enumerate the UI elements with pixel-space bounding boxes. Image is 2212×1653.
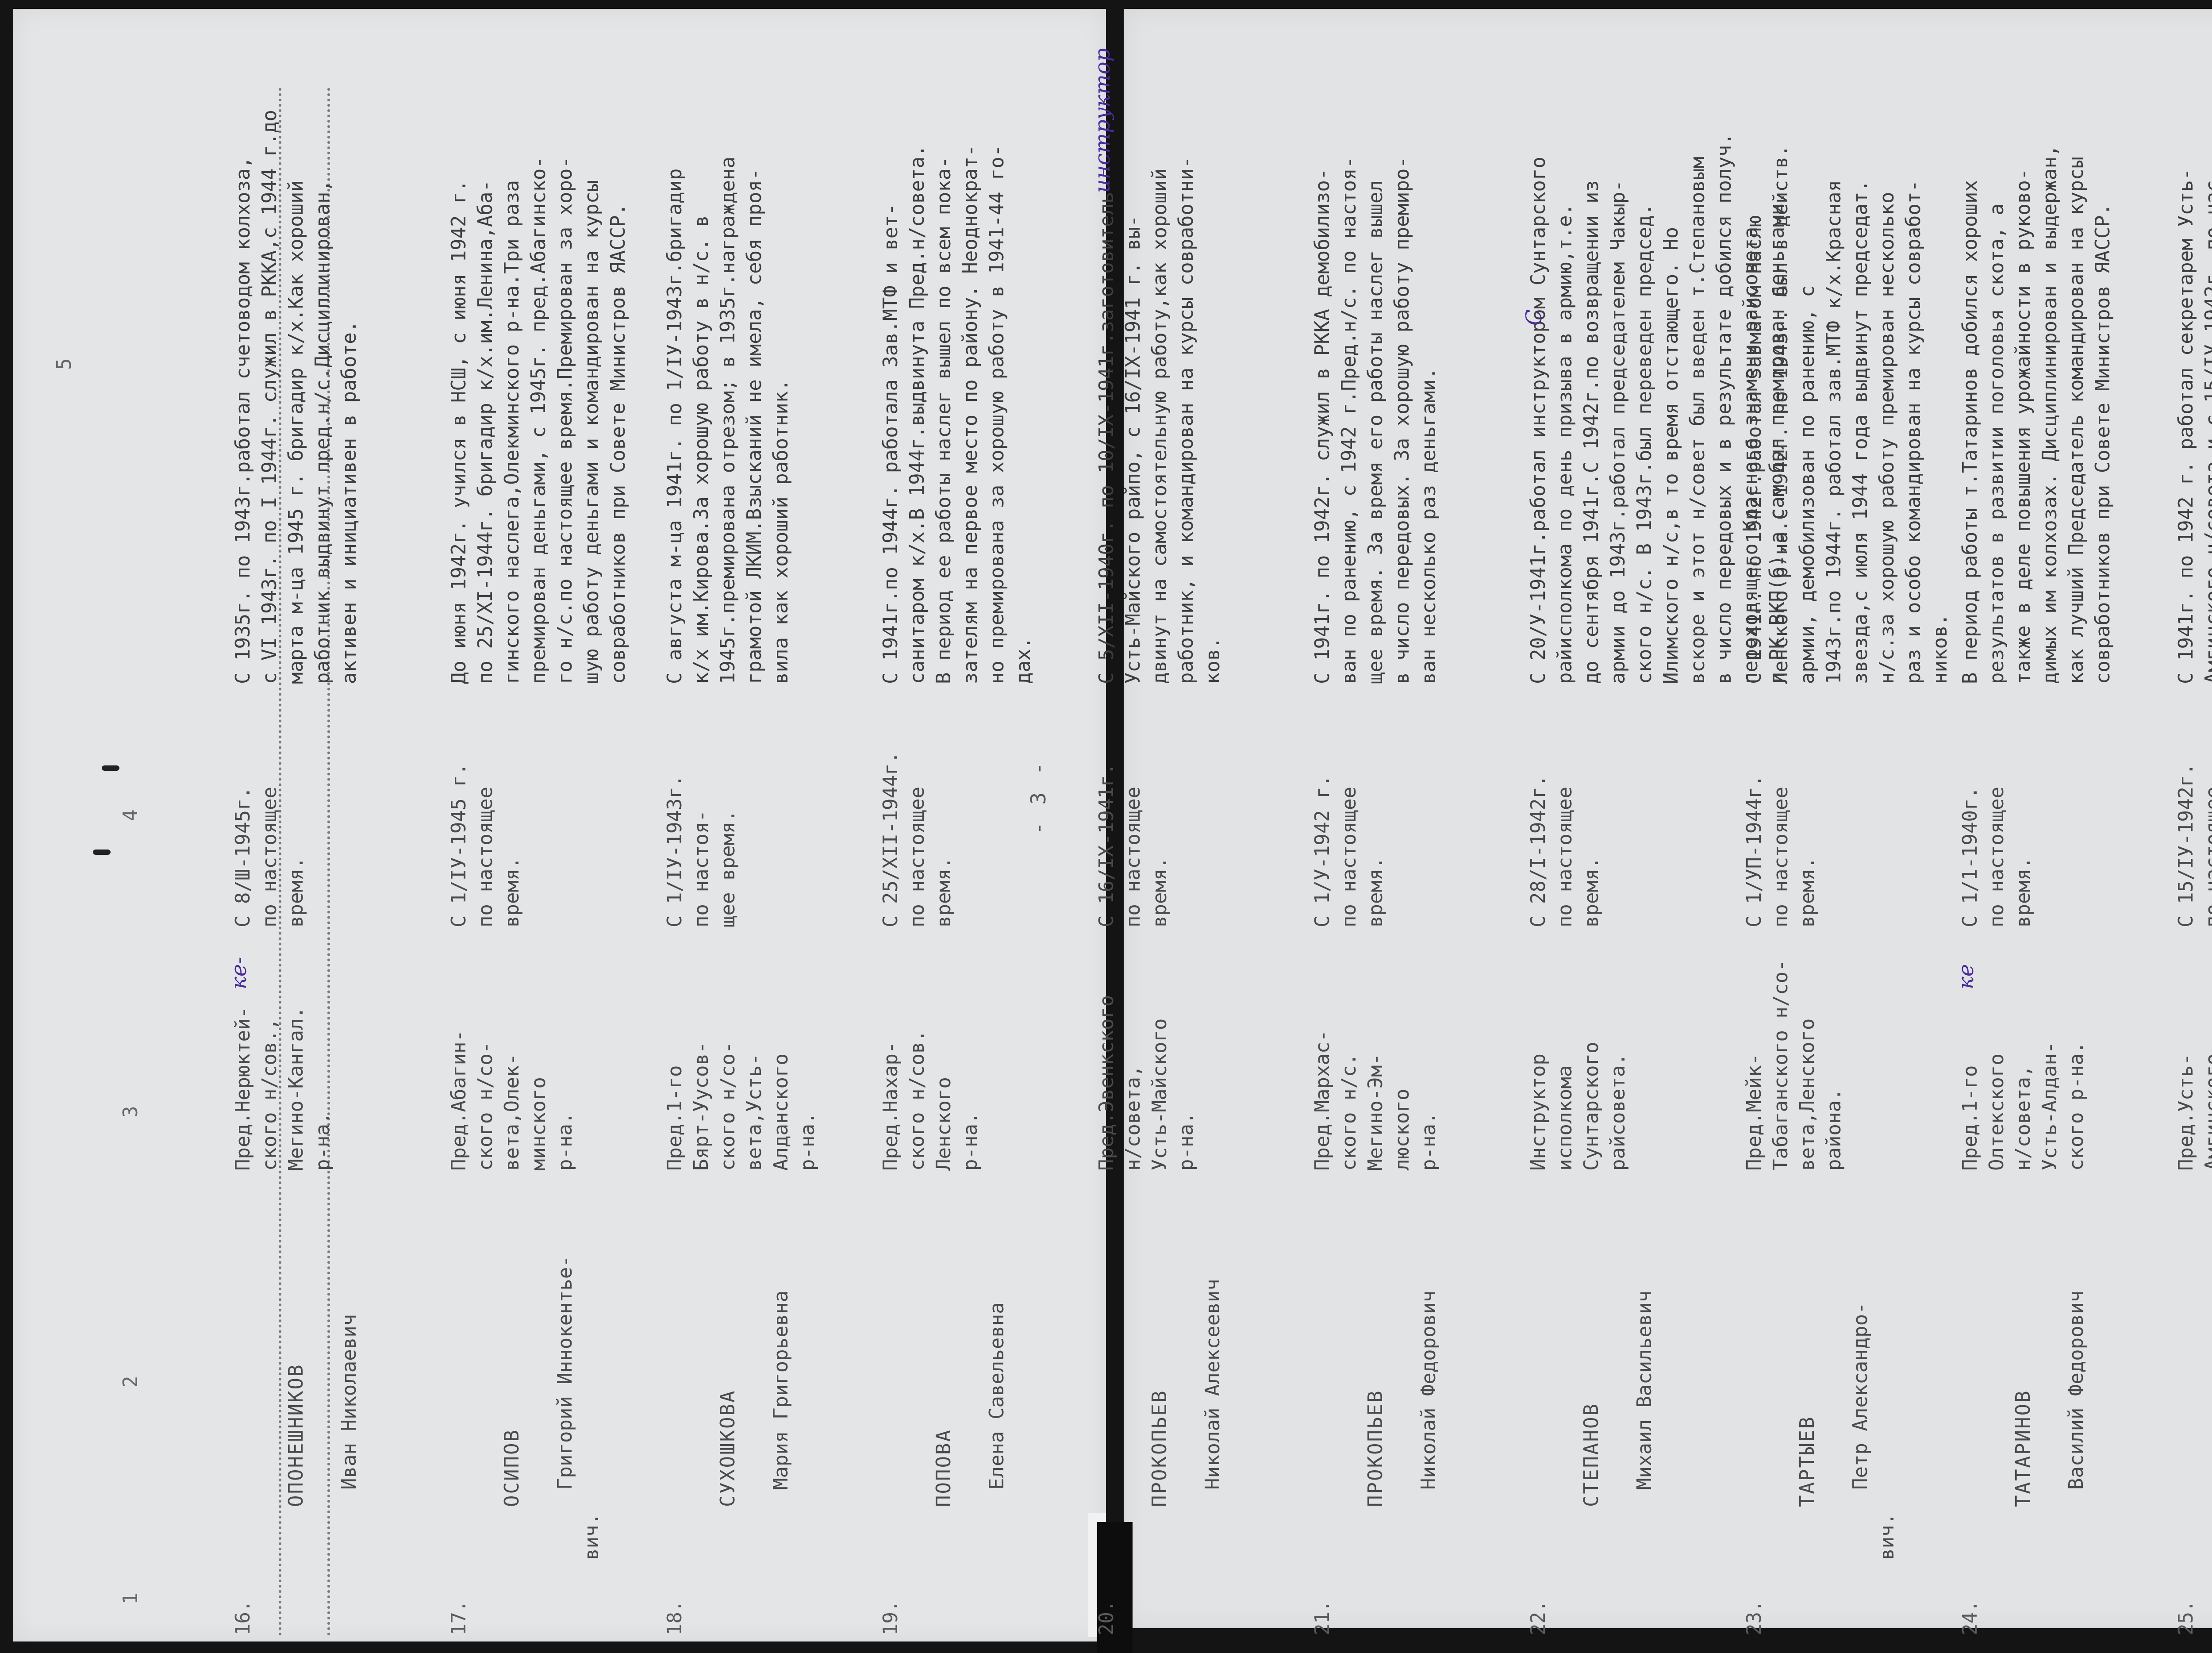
position: Пред.Нахар- ского н/сов. Ленского р-на. (878, 941, 984, 1171)
period: С 1/1-1940г. по настоящее время. (1957, 697, 2037, 927)
person-name: ОСИПОВ Григорий Иннокентье- вич. (446, 1180, 632, 1560)
surname: ПРОКОПЬЕВ (1147, 1180, 1173, 1560)
table-row: 23. ТАРТЫЕВ Петр Александро- вич. Пред.М… (1741, 0, 1954, 1653)
person-name: ТАТАРИНОВ Павел Егорович (2173, 1180, 2212, 1560)
person-name: ОПОНЕШНИКОВ Иван Николаевич (230, 1180, 389, 1560)
period: С 1/УП-1944г. по настоящее время. (1741, 697, 1821, 927)
row-number: 20. (1094, 1573, 1120, 1635)
person-name: ПОПОВА Елена Савельевна (878, 1180, 1037, 1560)
position: Пред.Мархас- ского н/с. Мегино-Эм- люско… (1310, 941, 1442, 1171)
table-row: 21. ПРОКОПЬЕВ Николай Федорович Пред.Мар… (1310, 0, 1522, 1653)
column-number-markers: 1 2 3 4 5 (128, 0, 181, 1653)
column-number: 3 (119, 1106, 142, 1118)
period: С 25/XII-1944г. по настоящее время. (878, 697, 957, 927)
position: Инструктор исполкома Сунтарского райсове… (1525, 941, 1632, 1171)
position: Пред.Усть- Амгинского н/с.,Тат- тинского… (2173, 941, 2212, 1171)
position: Пред.1-го Бярт-Уусов- ского н/со- вета,У… (662, 941, 821, 1171)
given-names: Мария Григорьевна (770, 1291, 792, 1490)
given-names: Михаил Васильевич (1633, 1291, 1656, 1490)
handwritten-correction: ке (1953, 964, 1979, 989)
period: С 1/У-1942 г. по настоящее время. (1310, 697, 1389, 927)
description: С 1941г. по 1942г.работал Завмагом Наслю… (1741, 20, 1954, 684)
description: С августа м-ца 1941г. по 1/IУ-1943г.бриг… (662, 20, 795, 684)
handwritten-correction: инструктор (1089, 48, 1116, 193)
person-name: ТАРТЫЕВ Петр Александро- вич. (1741, 1180, 1927, 1560)
column-number: 2 (119, 1376, 142, 1388)
given-names: Николай Федорович (1417, 1291, 1440, 1490)
surname: ТАРТЫЕВ (1794, 1180, 1821, 1560)
table-row: 25. ТАТАРИНОВ Павел Егорович Пред.Усть- … (2173, 0, 2212, 1653)
period: С 15/IУ-1942г. по настоящее время. (2173, 697, 2212, 927)
table-row: 18. СУХОШКОВА Мария Григорьевна Пред.1-г… (662, 0, 874, 1653)
surname: ОСИПОВ (499, 1180, 526, 1560)
description: До июня 1942г. учился в НСШ, с июня 1942… (446, 20, 632, 684)
position: Пред.Эвенкского н/совета, Усть-Майского … (1094, 941, 1200, 1171)
given-names: Елена Савельевна (986, 1302, 1008, 1490)
description: С 1935г. по 1943г.работал счетоводом кол… (230, 20, 363, 684)
column-number: 5 (53, 358, 76, 370)
period: С 16/IX-1941г. по настоящее время. (1094, 697, 1173, 927)
period: С 28/I-1942г. по настоящее время. (1525, 697, 1605, 927)
given-names: Григорий Иннокентье- вич. (554, 1255, 603, 1560)
row-number: 24. (1957, 1573, 1984, 1635)
row-number: 17. (446, 1573, 472, 1635)
row-number: 22. (1525, 1573, 1552, 1635)
person-name: ПРОКОПЬЕВ Николай Федорович (1310, 1180, 1469, 1560)
position: Пред.Абагин- ского н/со- вета,Олек- минс… (446, 941, 579, 1171)
period: С 8/Ш-1945г. по настоящее время. (230, 697, 310, 927)
description: С 1941г. по 1942г. служил в РККА демобил… (1310, 20, 1442, 684)
surname: ПРОКОПЬЕВ (1363, 1180, 1389, 1560)
given-names: Николай Алексеевич (1202, 1279, 1224, 1490)
given-names: Иван Николаевич (338, 1314, 361, 1490)
person-name: СТЕПАНОВ Михаил Васильевич (1525, 1180, 1685, 1560)
table-row: 19. ПОПОВА Елена Савельевна Пред.Нахар- … (878, 0, 1090, 1653)
table-row: 22. СТЕПАНОВ Михаил Васильевич Инструкто… (1525, 0, 1738, 1653)
table-row: 24. ТАТАРИНОВ Василий Федорович Пред.1-г… (1957, 0, 2170, 1653)
column-number: 4 (119, 810, 142, 822)
given-names: Петр Александро- вич. (1849, 1302, 1898, 1560)
rotated-document-content: - 3 - 1 2 3 4 5 16. ОПОНЕШНИКОВ Иван Ник… (0, 0, 2212, 1653)
surname: СУХОШКОВА (715, 1180, 741, 1560)
table-row: 16. ОПОНЕШНИКОВ Иван Николаевич Пред.Нер… (230, 0, 442, 1653)
table-row: 17. ОСИПОВ Григорий Иннокентье- вич. Пре… (446, 0, 658, 1653)
surname: ОПОНЕШНИКОВ (283, 1180, 310, 1560)
row-number: 23. (1741, 1573, 1768, 1635)
period: С 1/IУ-1943г. по настоя- щее время. (662, 697, 741, 927)
row-number: 18. (662, 1573, 688, 1635)
table-row: 20. ПРОКОПЬЕВ Николай Алексеевич Пред.Эв… (1094, 0, 1306, 1653)
description: С 1941г.по 1944г. работала Зав.МТФ и вет… (878, 20, 1037, 684)
period: С 1/IУ-1945 г. по настоящее время. (446, 697, 526, 927)
row-number: 16. (230, 1573, 257, 1635)
person-name: СУХОШКОВА Мария Григорьевна (662, 1180, 821, 1560)
person-name: ТАТАРИНОВ Василий Федорович (1957, 1180, 2116, 1560)
description: С 1941г. по 1942 г. работал секретарем У… (2173, 20, 2212, 684)
surname: ПОПОВА (931, 1180, 957, 1560)
row-number: 25. (2173, 1573, 2200, 1635)
column-number: 1 (119, 1593, 142, 1605)
position: Пред.Мейк- Табаганского н/со- вета,Ленск… (1741, 941, 1847, 1171)
person-name: ПРОКОПЬЕВ Николай Алексеевич (1094, 1180, 1253, 1560)
handwritten-correction: С (1521, 309, 1548, 326)
row-number: 19. (878, 1573, 904, 1635)
handwritten-correction: ке- (226, 957, 252, 989)
surname: ТАТАРИНОВ (2010, 1180, 2037, 1560)
given-names: Василий Федорович (2065, 1291, 2088, 1490)
surname: СТЕПАНОВ (1578, 1180, 1605, 1560)
description: В период работы т.Татаринов добился хоро… (1957, 20, 2116, 684)
row-number: 21. (1310, 1573, 1336, 1635)
